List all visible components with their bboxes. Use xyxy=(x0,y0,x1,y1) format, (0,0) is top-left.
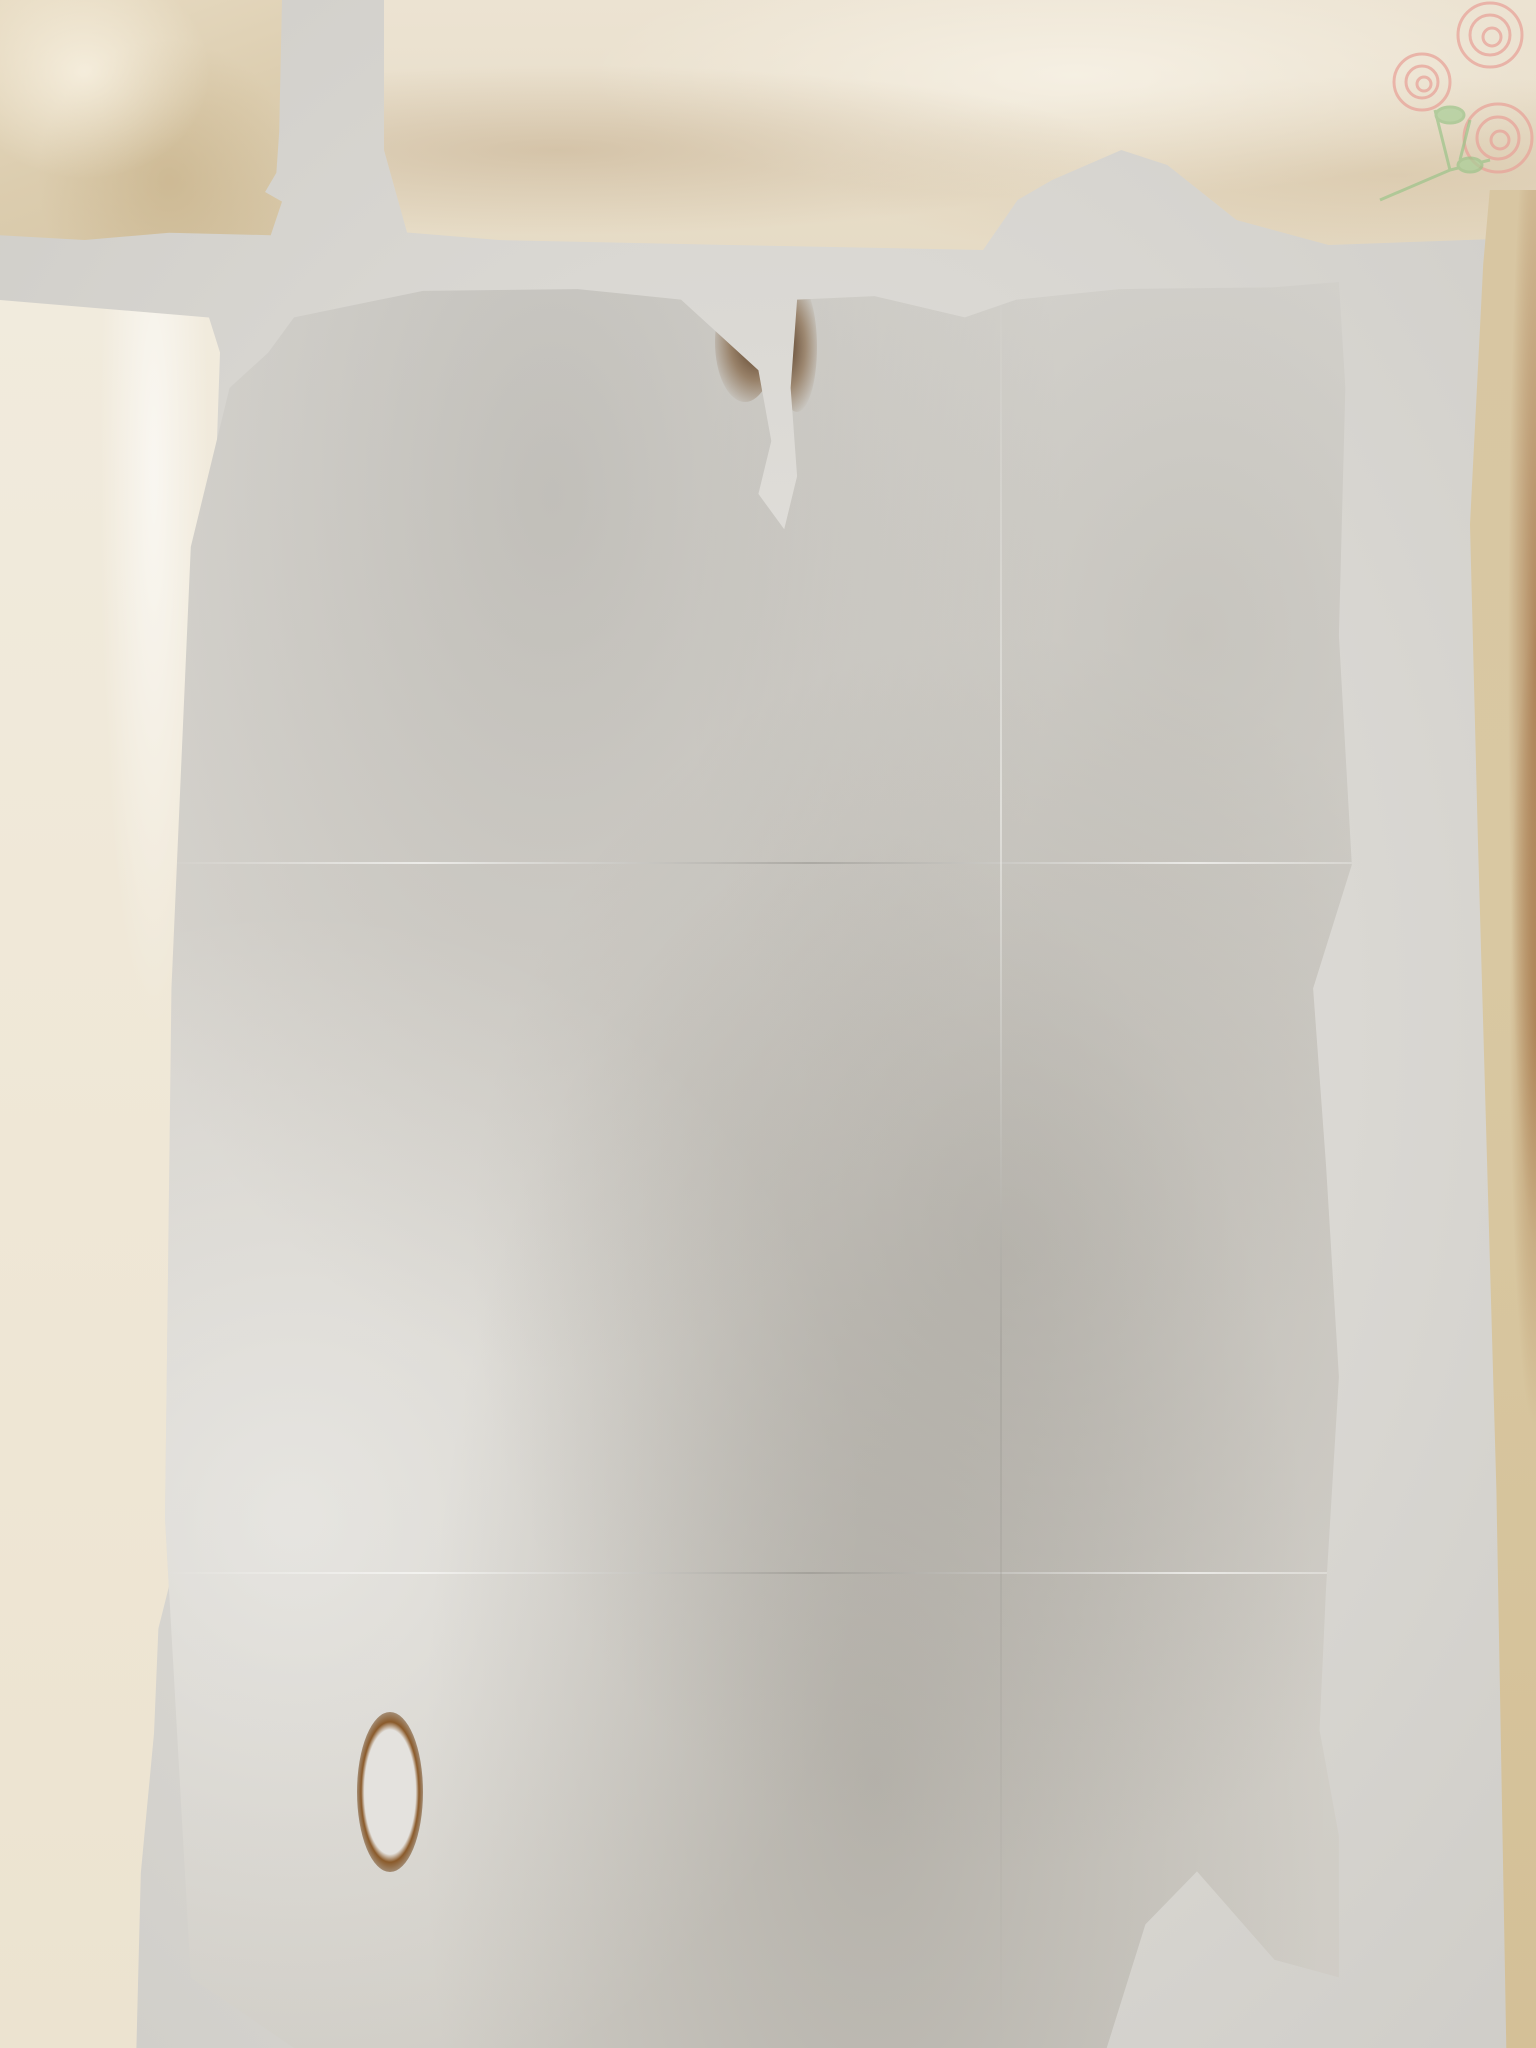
letter-luis xyxy=(384,0,1536,250)
paper-fold-line xyxy=(165,1572,1455,1574)
paper-fold-line xyxy=(165,862,1455,864)
letter-luis-signature xyxy=(504,148,505,179)
heart-icon xyxy=(522,148,523,179)
burn-hole xyxy=(357,1712,423,1872)
burn-spot xyxy=(1345,452,1415,512)
letter-luis-closing xyxy=(476,148,523,180)
paper-fold-line xyxy=(1000,282,1002,2048)
letter-luis-closing-text xyxy=(476,148,477,179)
burn-mark xyxy=(777,282,817,412)
burn-mark xyxy=(715,282,775,402)
stained-paper-right xyxy=(1470,190,1536,2048)
letter-liam-thompson xyxy=(165,282,1455,2048)
stained-paper-top-left xyxy=(0,0,282,240)
